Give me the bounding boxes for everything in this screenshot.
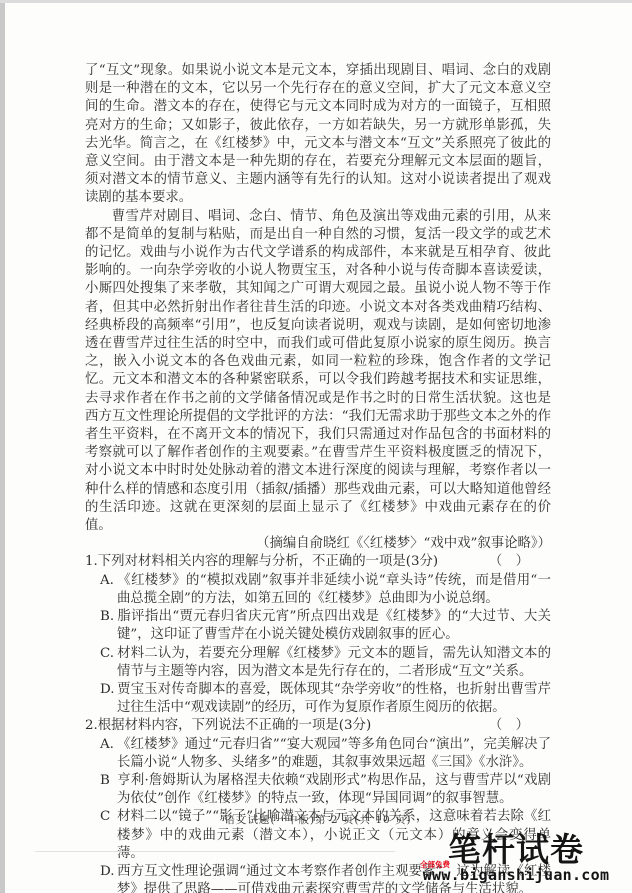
option-a-text: 《红楼梦》的“模拟戏剧”叙事并非延续小说“章头诗”传统，而是借用“一曲总揽全剧”… (117, 573, 551, 606)
option-a-label: A. (100, 736, 117, 754)
question-1-option-b: B.脂评指出“贾元春归省庆元宵”所点四出戏是《红楼梦》的“大过节、大关键”，这印… (85, 608, 551, 644)
option-c-text: 材料二认为，若要充分理解《红楼梦》元文本的题旨，需先认知潜文本的情节与主题等内容… (117, 646, 551, 679)
option-a-label: A. (100, 572, 117, 590)
option-b-text: 亨利·詹姆斯认为屠格涅夫依赖“戏剧形式”构思作品，这与曹雪芹以“戏剧为依仗”创作… (117, 773, 551, 806)
question-2-stem: 2.根据材料内容，下列说法不正确的一项是(3分) (85, 717, 371, 735)
watermark-url: www.biganshijuan.com (412, 868, 620, 883)
question-2-answer-bracket: （ ） (489, 717, 529, 735)
page-footer: 语文试题(一中版)第 2 页(共 10 页) (85, 813, 551, 827)
page-content: 了“互文”现象。如果说小说文本是元文本，穿插出现剧目、唱词、念白的戏剧则是一种潜… (85, 62, 551, 893)
question-1-stem: 1.下列对材料相关内容的理解与分析，不正确的一项是(3分) (85, 553, 438, 571)
question-1-option-d: D.贾宝玉对传奇脚本的喜爱，既体现其“杂学旁收”的性格，也折射出曹雪芹过往生活中… (85, 681, 551, 717)
scan-edge-left (0, 3, 5, 893)
passage-paragraph: 曹雪芹对剧目、唱词、念白、情节、角色及演出等戏曲元素的引用，从来都不是简单的复制… (85, 208, 551, 536)
question-1-answer-bracket: （ ） (489, 553, 529, 571)
watermark-free-badge: 全部免费 (420, 861, 450, 869)
scan-artifact-line (35, 851, 395, 852)
option-b-label: B (100, 772, 117, 790)
question-2-stem-row: 2.根据材料内容，下列说法不正确的一项是(3分) （ ） (85, 717, 551, 735)
option-b-label: B. (100, 608, 117, 626)
option-b-text: 脂评指出“贾元春归省庆元宵”所点四出戏是《红楼梦》的“大过节、大关键”，这印证了… (117, 609, 551, 642)
option-d-label: D. (100, 681, 117, 699)
exam-page-scan: 了“互文”现象。如果说小说文本是元文本，穿插出现剧目、唱词、念白的戏剧则是一种潜… (0, 0, 632, 893)
watermark: 全部免费 笔杆试卷 www.biganshijuan.com (412, 833, 620, 883)
scan-edge-top (0, 0, 632, 3)
question-1: 1.下列对材料相关内容的理解与分析，不正确的一项是(3分) （ ） A.《红楼梦… (85, 553, 551, 717)
passage-paragraph-continued: 了“互文”现象。如果说小说文本是元文本，穿插出现剧目、唱词、念白的戏剧则是一种潜… (85, 62, 551, 208)
question-1-option-a: A.《红楼梦》的“模拟戏剧”叙事并非延续小说“章头诗”传统，而是借用“一曲总揽全… (85, 572, 551, 608)
option-d-label: D. (100, 863, 117, 881)
option-a-text: 《红楼梦》通过“元春归省”“宴大观园”等多角色同台“演出”，完美解决了长篇小说“… (117, 737, 551, 770)
question-1-stem-row: 1.下列对材料相关内容的理解与分析，不正确的一项是(3分) （ ） (85, 553, 551, 571)
passage-attribution: （摘编自俞晓红《〈红楼梦〉“戏中戏”叙事论略》） (85, 535, 551, 553)
question-1-option-c: C.材料二认为，若要充分理解《红楼梦》元文本的题旨，需先认知潜文本的情节与主题等… (85, 645, 551, 681)
question-2-option-a: A.《红楼梦》通过“元春归省”“宴大观园”等多角色同台“演出”，完美解决了长篇小… (85, 736, 551, 772)
option-c-label: C. (100, 645, 117, 663)
question-2-option-b: B亨利·詹姆斯认为屠格涅夫依赖“戏剧形式”构思作品，这与曹雪芹以“戏剧为依仗”创… (85, 772, 551, 808)
option-d-text: 贾宝玉对传奇脚本的喜爱，既体现其“杂学旁收”的性格，也折射出曹雪芹过往生活中“观… (117, 682, 551, 715)
